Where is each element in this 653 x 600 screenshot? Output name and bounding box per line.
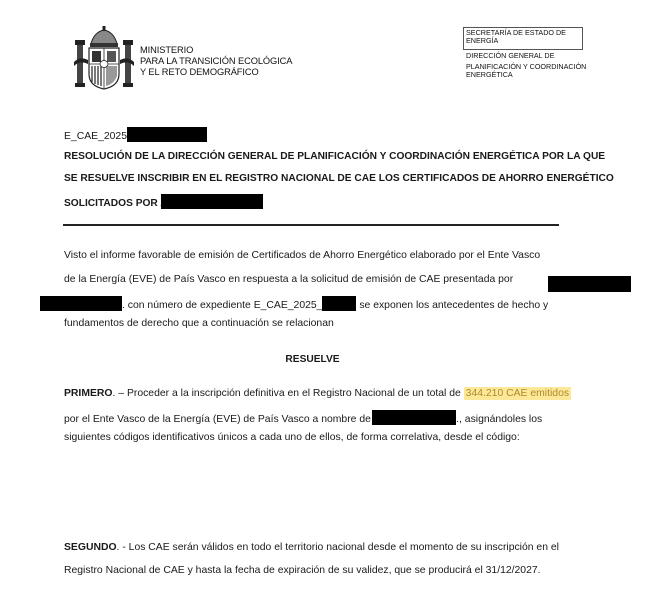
- direccion-general: DIRECCIÓN GENERAL DE PLANIFICACIÓN Y COO…: [466, 52, 586, 80]
- intro-text: . con número de expediente E_CAE_2025_: [122, 300, 322, 311]
- redaction: [127, 127, 207, 142]
- secretaria-line: ENERGÍA: [466, 37, 580, 45]
- primero-line-2: por el Ente Vasco de la Energía (EVE) de…: [64, 410, 542, 425]
- ministry-line: Y EL RETO DEMOGRÁFICO: [140, 67, 292, 78]
- primero-text: por el Ente Vasco de la Energía (EVE) de…: [64, 414, 380, 425]
- direccion-line: ENERGÉTICA: [466, 71, 586, 80]
- ministry-line: PARA LA TRANSICIÓN ECOLÓGICA: [140, 56, 292, 67]
- intro-line-2: de la Energía (EVE) de País Vasco en res…: [64, 274, 513, 285]
- primero-line-3: siguientes códigos identificativos único…: [64, 432, 520, 443]
- reference-prefix: E_CAE_2025: [64, 131, 127, 142]
- segundo-line-2: Registro Nacional de CAE y hasta la fech…: [64, 565, 541, 576]
- segundo-label: SEGUNDO: [64, 542, 117, 553]
- redaction: [548, 276, 631, 292]
- redaction: [161, 194, 263, 209]
- secretaria-box: SECRETARÍA DE ESTADO DE ENERGÍA: [463, 27, 583, 50]
- intro-line-1: Visto el informe favorable de emisión de…: [64, 250, 540, 261]
- coat-of-arms-icon: [74, 26, 134, 92]
- ministry-line: MINISTERIO: [140, 45, 292, 56]
- title-line-1: RESOLUCIÓN DE LA DIRECCIÓN GENERAL DE PL…: [64, 151, 605, 162]
- title-line-3: SOLICITADOS POR A: [64, 194, 263, 209]
- direccion-line: DIRECCIÓN GENERAL DE: [466, 52, 586, 61]
- ministry-name: MINISTERIO PARA LA TRANSICIÓN ECOLÓGICA …: [140, 45, 292, 78]
- intro-text: de la Energía (EVE) de País Vasco en res…: [64, 274, 513, 285]
- redaction: [372, 410, 456, 425]
- divider: [63, 224, 559, 226]
- intro-text: se exponen los antecedentes de hecho y: [356, 300, 548, 311]
- primero-line-1: PRIMERO. – Proceder a la inscripción def…: [64, 388, 571, 399]
- intro-line-3: . con número de expediente E_CAE_2025_ s…: [40, 296, 548, 311]
- primero-text: ., asignándoles los: [456, 414, 542, 425]
- redaction: [322, 296, 356, 311]
- resuelve-heading: RESUELVE: [0, 354, 653, 365]
- resuelve-text: RESUELVE: [285, 354, 339, 365]
- primero-text: . – Proceder a la inscripción definitiva…: [113, 388, 464, 399]
- intro-line-4: fundamentos de derecho que a continuació…: [64, 318, 334, 329]
- highlighted-cae-total: 344.210 CAE emitidos: [464, 387, 571, 400]
- redaction: [40, 296, 122, 311]
- segundo-line-1: SEGUNDO. - Los CAE serán válidos en todo…: [64, 542, 559, 553]
- segundo-text: . - Los CAE serán válidos en todo el ter…: [117, 542, 559, 553]
- primero-label: PRIMERO: [64, 388, 113, 399]
- title-text: SOLICITADOS POR A: [64, 198, 168, 209]
- title-line-2: SE RESUELVE INSCRIBIR EN EL REGISTRO NAC…: [64, 173, 614, 184]
- document-reference: E_CAE_2025: [64, 127, 207, 142]
